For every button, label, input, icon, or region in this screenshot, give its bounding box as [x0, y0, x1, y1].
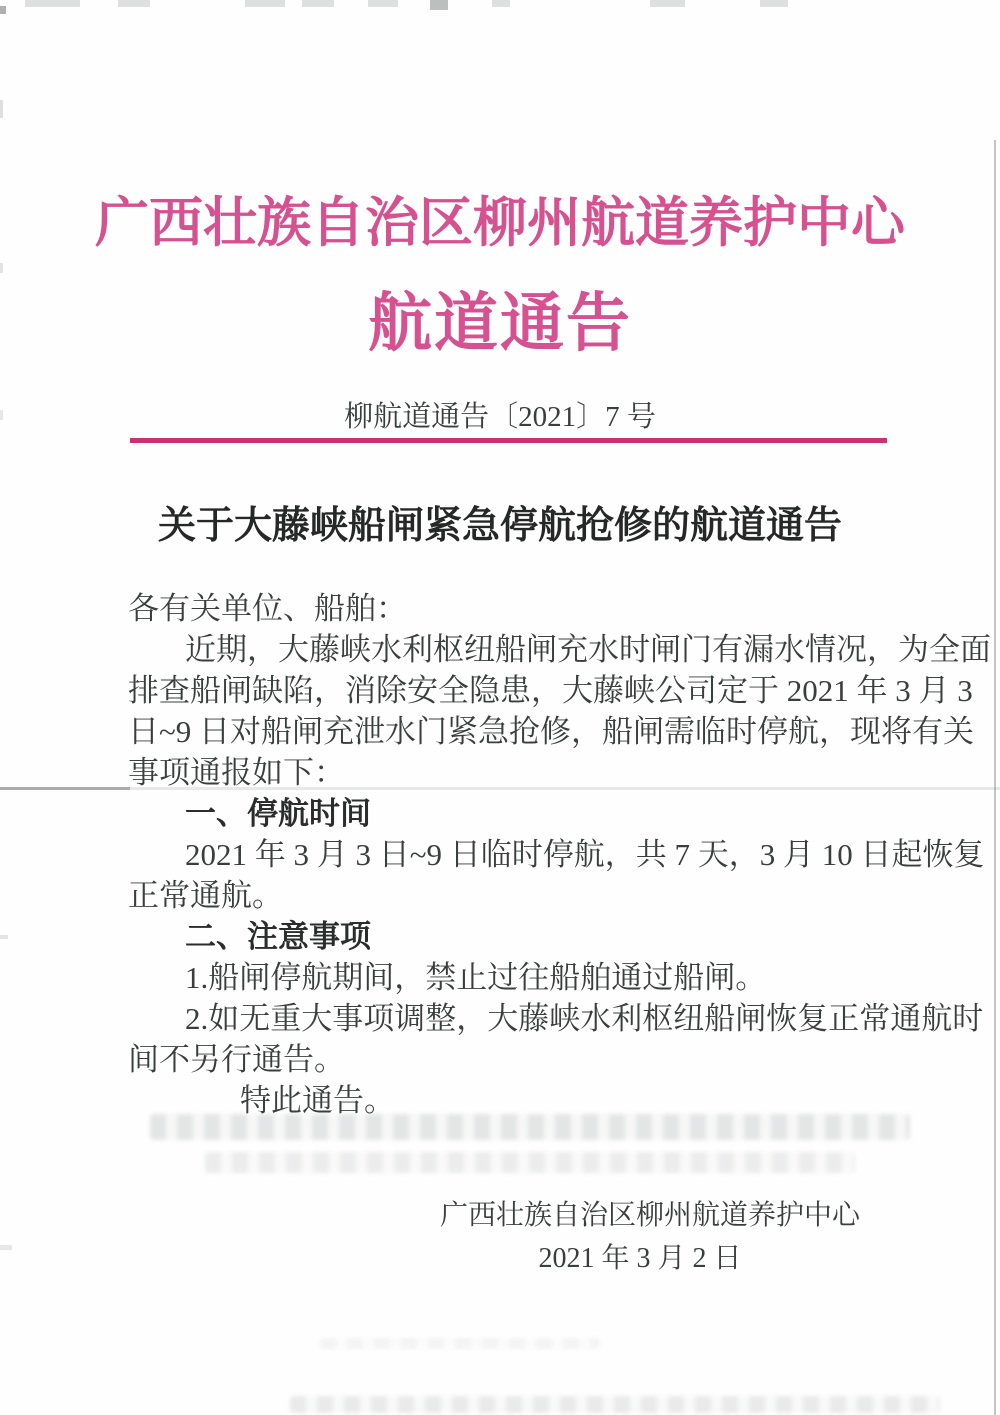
scanned-notice-page: 广西壮族自治区柳州航道养护中心 航道通告 柳航道通告〔2021〕7 号 关于大藤… — [0, 0, 1000, 1415]
notice-body: 各有关单位、船舶： 近期，大藤峡水利枢纽船闸充水时闸门有漏水情况，为全面 排查船… — [128, 588, 898, 1121]
scan-artifact-top-dash — [245, 0, 285, 7]
notice-heading: 关于大藤峡船闸紧急停航抢修的航道通告 — [0, 494, 1000, 549]
scan-artifact-edge-dot — [0, 1245, 12, 1250]
scan-artifact-edge-dot — [0, 935, 8, 939]
body-line: 近期，大藤峡水利枢纽船闸充水时闸门有漏水情况，为全面 — [128, 629, 898, 670]
body-line: 正常通航。 — [128, 875, 898, 916]
body-line: 日~9 日对船闸充泄水门紧急抢修，船闸需临时停航，现将有关 — [128, 711, 898, 752]
signature-date: 2021 年 3 月 2 日 — [440, 1237, 840, 1280]
scan-artifact-edge-dot — [0, 6, 6, 14]
scan-artifact-top-dash — [118, 0, 150, 7]
body-line-salutation: 各有关单位、船舶： — [128, 588, 898, 629]
scan-artifact-top-dash — [492, 0, 510, 7]
scan-artifact-top-mark — [430, 0, 448, 10]
section-1-title: 一、停航时间 — [128, 793, 898, 834]
scan-artifact-top-dash — [302, 0, 334, 7]
section-2-title: 二、注意事项 — [128, 916, 898, 957]
scan-artifact-ghost-text — [150, 1114, 910, 1140]
scan-artifact-top-dash — [650, 0, 685, 7]
scan-artifact-ghost-text — [205, 1152, 855, 1173]
body-line-item-2: 2.如无重大事项调整，大藤峡水利枢纽船闸恢复正常通航时 — [128, 998, 898, 1039]
body-line: 事项通报如下： — [128, 752, 898, 793]
scan-artifact-ghost-text — [320, 1338, 600, 1349]
scan-artifact-ghost-text — [290, 1396, 940, 1413]
body-line: 2021 年 3 月 3 日~9 日临时停航，共 7 天，3 月 10 日起恢复 — [128, 834, 898, 875]
body-line: 排查船闸缺陷，消除安全隐患，大藤峡公司定于 2021 年 3 月 3 — [128, 670, 898, 711]
document-number: 柳航道通告〔2021〕7 号 — [0, 394, 1000, 435]
scan-artifact-top-dash — [760, 0, 788, 7]
scan-artifact-top-dash — [368, 0, 398, 7]
masthead-notice-type: 航道通告 — [0, 272, 1000, 364]
body-line-item-1: 1.船闸停航期间，禁止过往船舶通过船闸。 — [128, 957, 898, 998]
scan-artifact-edge-dot — [0, 100, 3, 118]
scan-artifact-top-dash — [25, 0, 80, 7]
signature-block: 广西壮族自治区柳州航道养护中心 2021 年 3 月 2 日 — [440, 1194, 840, 1280]
masthead-org-title: 广西壮族自治区柳州航道养护中心 — [0, 180, 1000, 257]
signature-org: 广西壮族自治区柳州航道养护中心 — [440, 1194, 840, 1237]
masthead-divider-rule — [130, 438, 887, 443]
scan-artifact-faint-rule-cap — [0, 787, 130, 790]
body-line: 间不另行通告。 — [128, 1039, 898, 1080]
